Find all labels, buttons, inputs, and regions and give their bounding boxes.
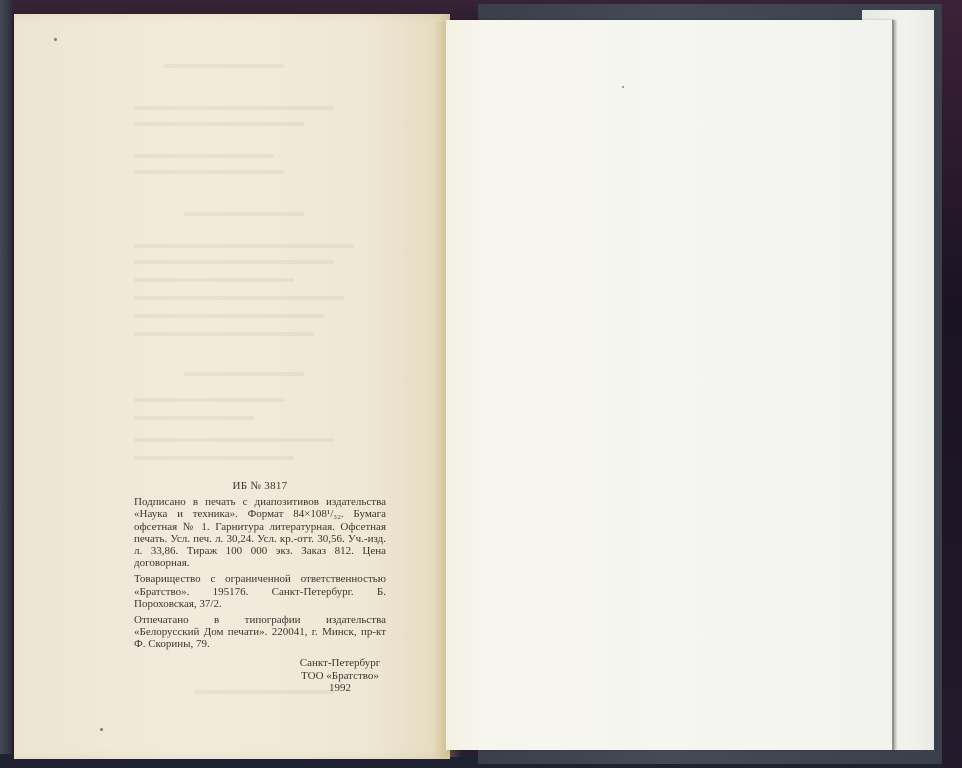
- bleed-through: [184, 212, 304, 216]
- background-right: [942, 0, 962, 768]
- publisher-name: ТОО «Братство»: [270, 670, 410, 683]
- bleed-through: [184, 372, 304, 376]
- bleed-through: [134, 260, 334, 264]
- bleed-through: [134, 416, 254, 420]
- bleed-through: [134, 332, 314, 336]
- right-page: [446, 20, 894, 750]
- bleed-through: [134, 438, 334, 442]
- bleed-through: [134, 106, 334, 110]
- background-left-edge: [0, 0, 12, 768]
- bleed-through: [134, 154, 274, 158]
- bleed-through: [134, 296, 344, 300]
- colophon-imprint: ИБ № 3817 Подписано в печать с диапозити…: [134, 480, 386, 655]
- publisher-address: Товарищество с ограниченной ответственно…: [134, 573, 386, 610]
- paper-speck: [622, 86, 624, 88]
- publisher-block: Санкт-Петербург ТОО «Братство» 1992: [270, 657, 410, 695]
- publication-year: 1992: [270, 682, 410, 695]
- bleed-through: [164, 64, 284, 68]
- paper-speck: [100, 728, 103, 731]
- printer-address: Отпечатано в типографии издательства «Бе…: [134, 614, 386, 651]
- bleed-through: [134, 170, 284, 174]
- bleed-through: [134, 456, 294, 460]
- bleed-through: [134, 398, 284, 402]
- bleed-through: [134, 314, 324, 318]
- bleed-through: [134, 122, 304, 126]
- bleed-through: [134, 244, 354, 248]
- printing-details: Подписано в печать с диапозитивов издате…: [134, 496, 386, 569]
- bleed-through: [134, 278, 294, 282]
- ib-number: ИБ № 3817: [134, 480, 386, 492]
- publisher-city: Санкт-Петербург: [270, 657, 410, 670]
- paper-speck: [54, 38, 57, 41]
